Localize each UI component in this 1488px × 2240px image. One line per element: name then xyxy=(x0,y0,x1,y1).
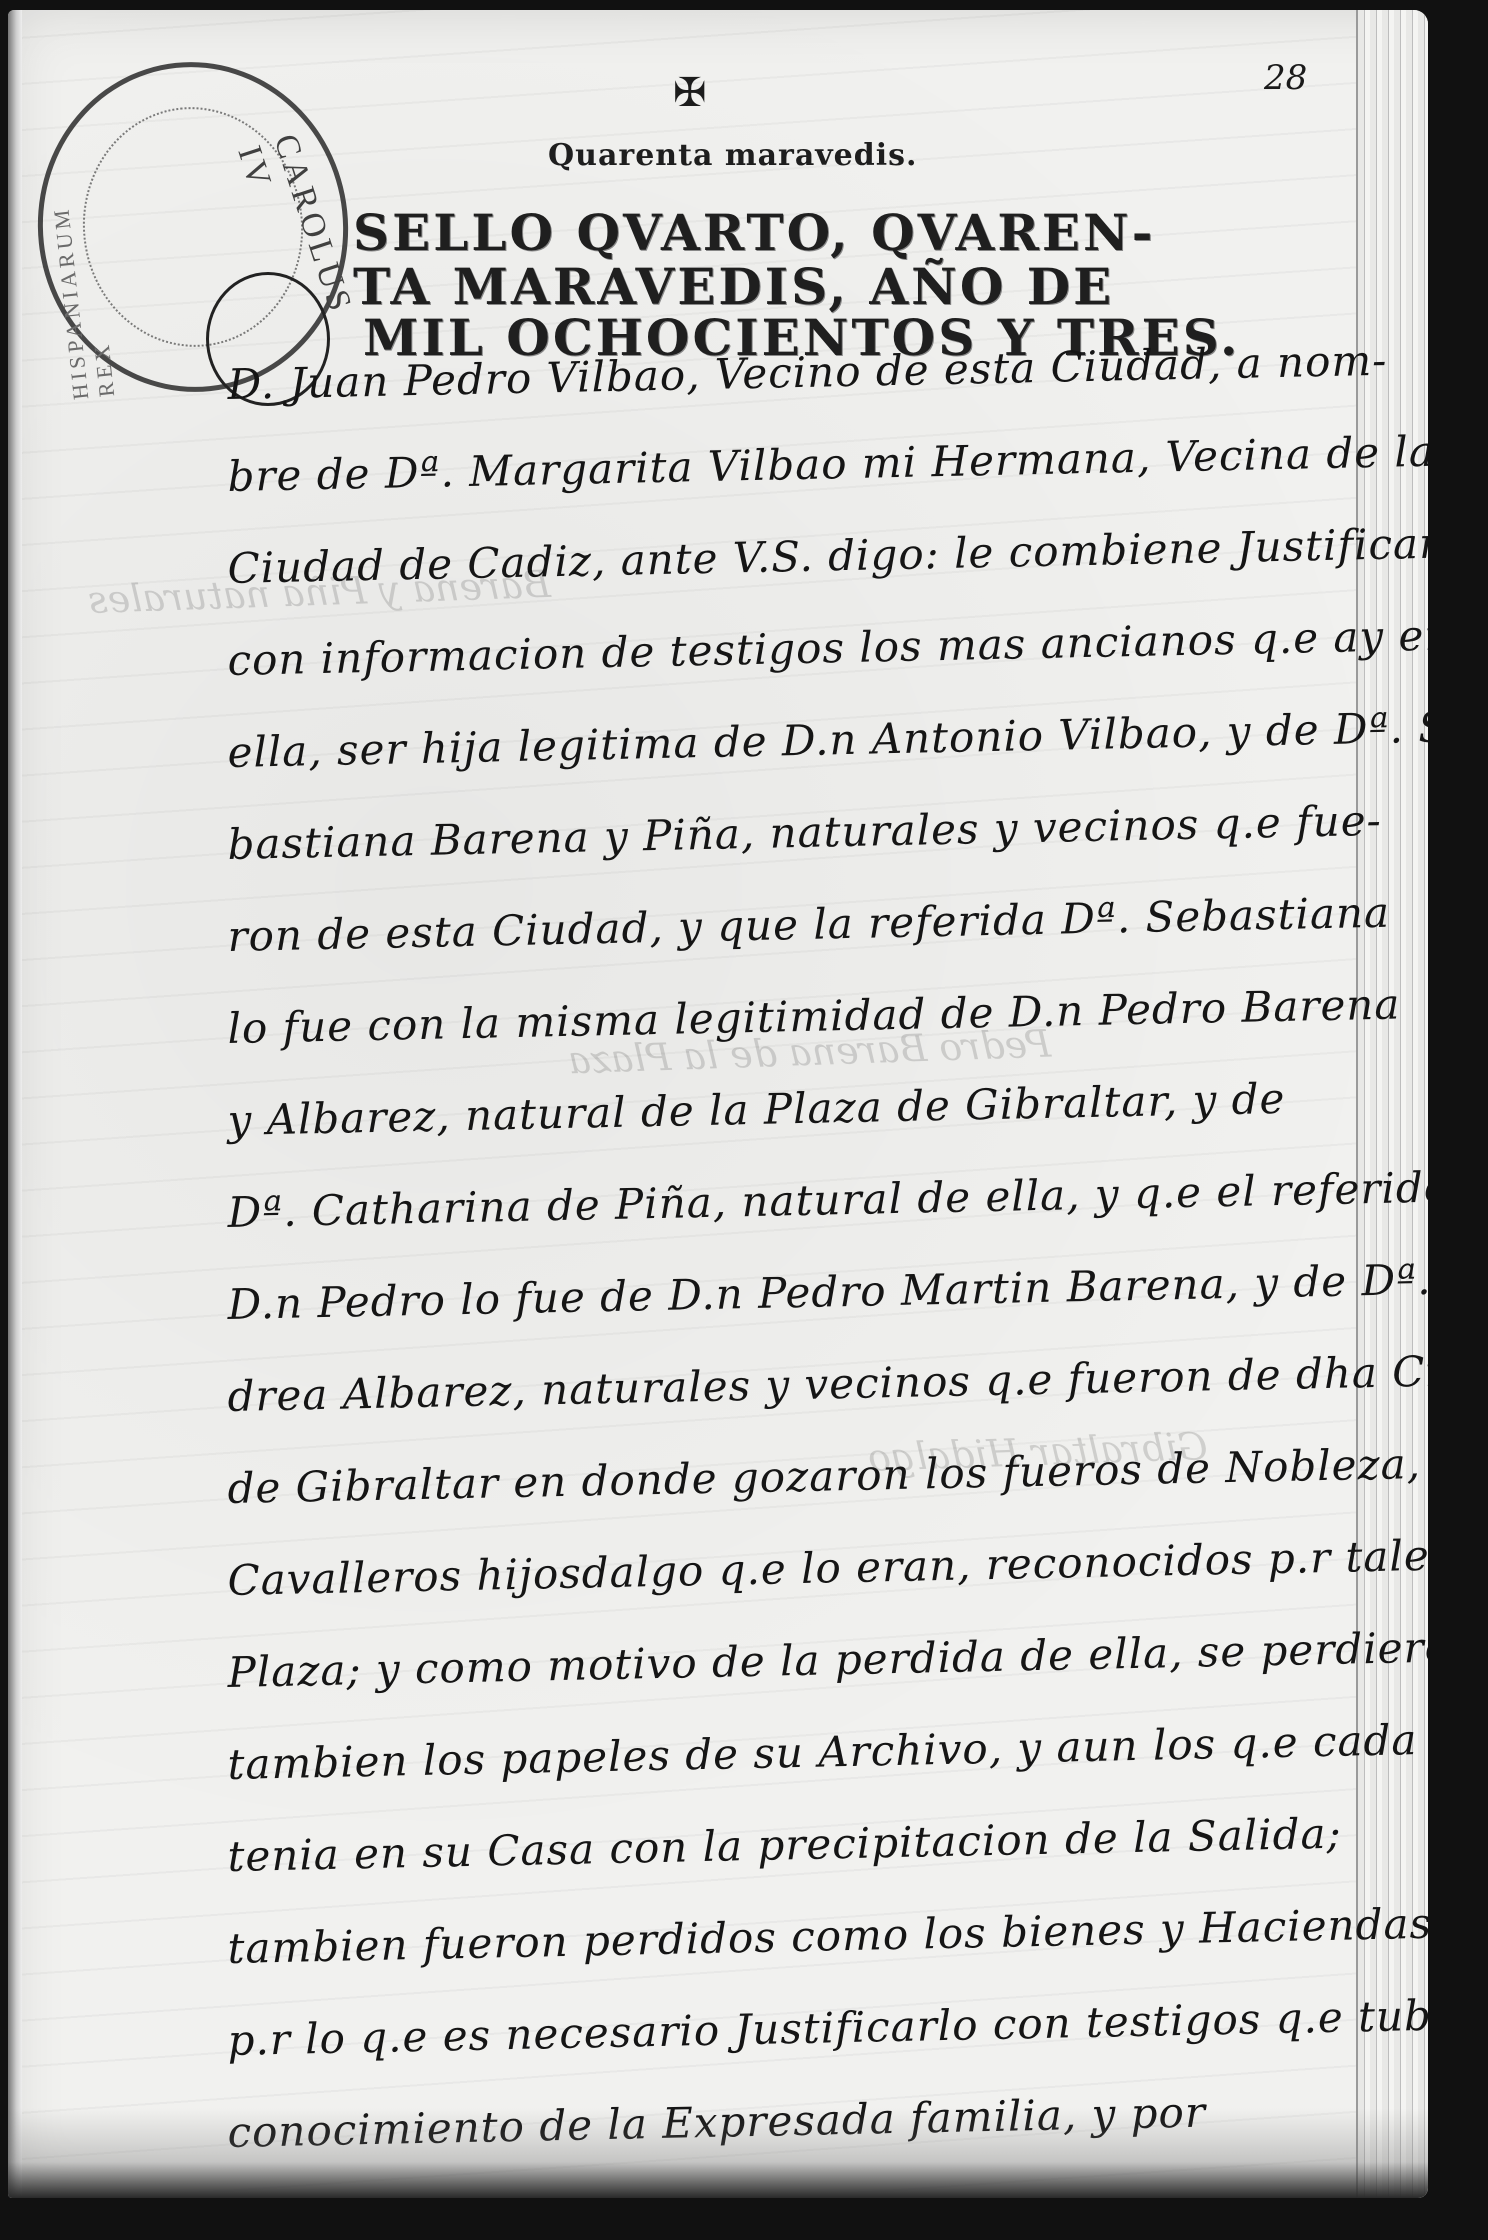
stamp-header-line-1: SELLO QVARTO, QVAREN- xyxy=(353,208,1155,258)
handwritten-body: D. Juan Pedro Vilbao, Vecino de esta Ciu… xyxy=(228,360,1388,2198)
cross-icon: ✠ xyxy=(673,70,707,116)
stamp-value-line: Quarenta maravedis. xyxy=(548,138,917,173)
manuscript-page: Barena y Piña naturales Pedro Barena de … xyxy=(8,10,1428,2198)
stamp-header-line-2: TA MARAVEDIS, AÑO DE xyxy=(353,262,1114,312)
binding-edge xyxy=(8,10,22,2198)
folio-number: 28 xyxy=(1264,58,1307,98)
page-bottom-edge xyxy=(8,2108,1428,2198)
scan-background: Barena y Piña naturales Pedro Barena de … xyxy=(0,0,1488,2240)
